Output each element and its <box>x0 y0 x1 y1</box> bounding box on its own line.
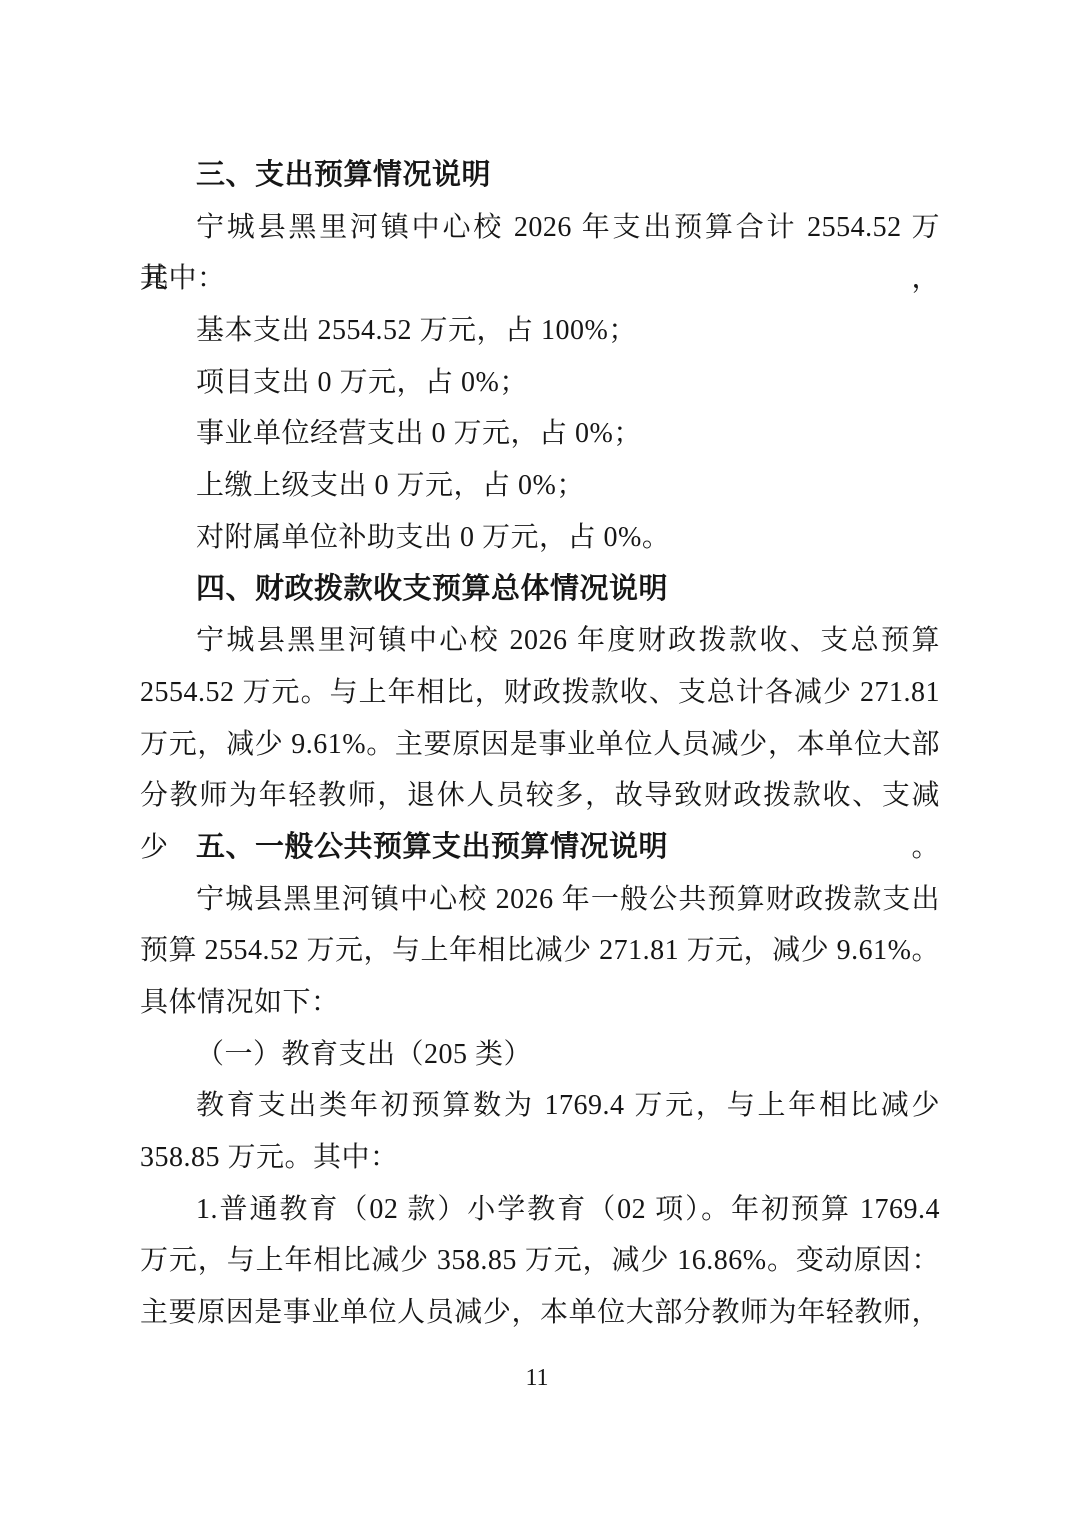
body-text-line: 宁城县黑里河镇中心校 2026 年支出预算合计 2554.52 万元， <box>140 202 940 254</box>
body-text-line: 教育支出类年初预算数为 1769.4 万元，与上年相比减少 <box>140 1080 940 1132</box>
body-text-line: 上缴上级支出 0 万元，占 0%； <box>140 460 940 512</box>
body-text-line: 项目支出 0 万元，占 0%； <box>140 357 940 409</box>
body-text-line: 宁城县黑里河镇中心校 2026 年度财政拨款收、支总预算 <box>140 615 940 667</box>
body-text-line: 1.普通教育（02 款）小学教育（02 项）。年初预算 1769.4 <box>140 1184 940 1236</box>
page-number: 11 <box>0 1358 1074 1398</box>
body-text-line: 基本支出 2554.52 万元，占 100%； <box>140 305 940 357</box>
body-text-line: 2554.52 万元。与上年相比，财政拨款收、支总计各减少 271.81 <box>140 667 940 719</box>
document-body: 三、支出预算情况说明 宁城县黑里河镇中心校 2026 年支出预算合计 2554.… <box>140 150 940 1339</box>
body-text-line: 预算 2554.52 万元，与上年相比减少 271.81 万元，减少 9.61%… <box>140 925 940 977</box>
body-text-line: 对附属单位补助支出 0 万元，占 0%。 <box>140 512 940 564</box>
body-text-line: 万元，与上年相比减少 358.85 万元，减少 16.86%。变动原因： <box>140 1235 940 1287</box>
subheading-education-expenditure: （一）教育支出（205 类） <box>140 1029 940 1081</box>
body-text-line: 分教师为年轻教师，退休人员较多，故导致财政拨款收、支减少。 <box>140 770 940 822</box>
heading-section-three: 三、支出预算情况说明 <box>140 150 940 202</box>
body-text-line: 主要原因是事业单位人员减少，本单位大部分教师为年轻教师， <box>140 1287 940 1339</box>
heading-section-four: 四、财政拨款收支预算总体情况说明 <box>140 564 940 616</box>
document-page: 三、支出预算情况说明 宁城县黑里河镇中心校 2026 年支出预算合计 2554.… <box>0 0 1074 1520</box>
body-text-line: 万元，减少 9.61%。主要原因是事业单位人员减少，本单位大部 <box>140 719 940 771</box>
body-text-line: 具体情况如下： <box>140 977 940 1029</box>
body-text-line: 事业单位经营支出 0 万元，占 0%； <box>140 408 940 460</box>
body-text-line: 宁城县黑里河镇中心校 2026 年一般公共预算财政拨款支出 <box>140 874 940 926</box>
body-text-line: 358.85 万元。其中： <box>140 1132 940 1184</box>
